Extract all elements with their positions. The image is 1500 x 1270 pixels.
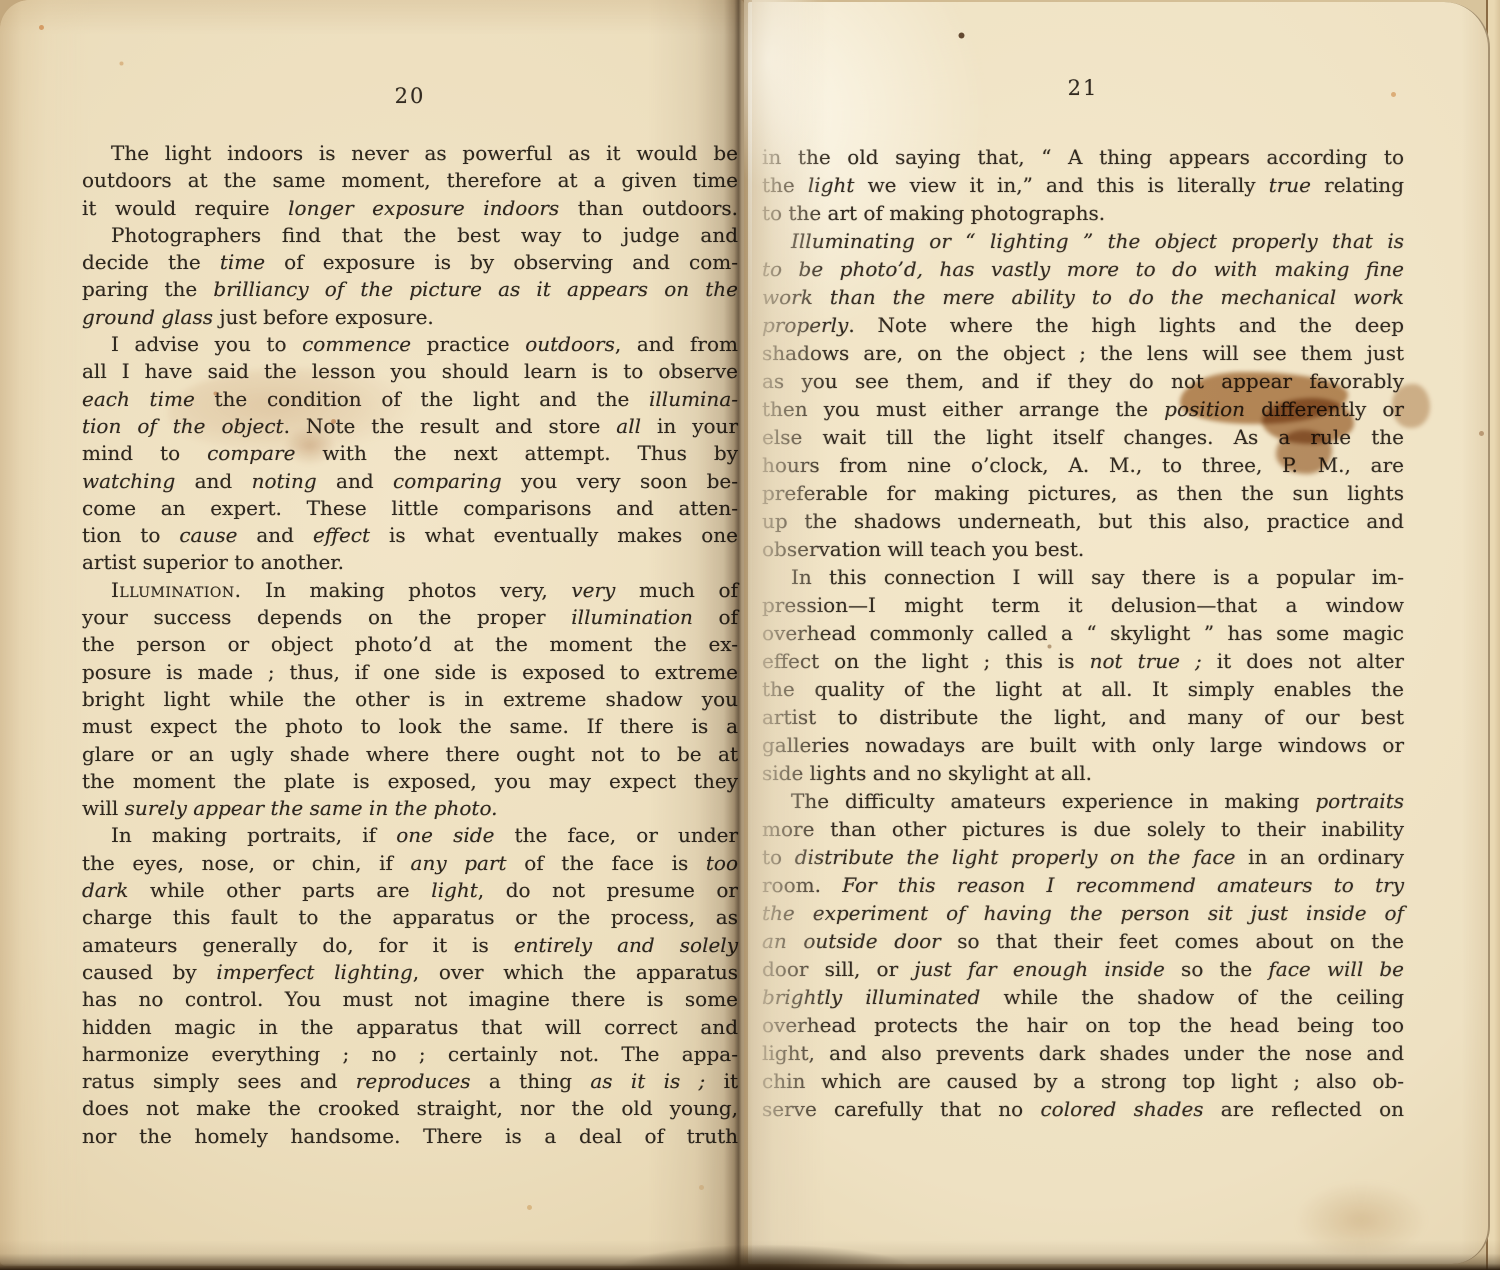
text-line: ground glass just before exposure. xyxy=(82,304,738,331)
text-line: all I have said the lesson you should le… xyxy=(82,358,738,385)
text-line: effect on the light ; this is not true ;… xyxy=(762,647,1404,675)
text-line: to be photo’d, has vastly more to do wit… xyxy=(762,255,1404,283)
text-line: artist to distribute the light, and many… xyxy=(762,703,1404,731)
text-line: paring the brilliancy of the picture as … xyxy=(82,276,738,303)
text-line: The light indoors is never as powerful a… xyxy=(82,140,738,167)
text-line: watching and noting and comparing you ve… xyxy=(82,468,738,495)
text-line: to the art of making photographs. xyxy=(762,199,1404,227)
page-number-right: 21 xyxy=(762,76,1404,100)
book-scan: 20 The light indoors is never as powerfu… xyxy=(0,0,1500,1270)
text-line: Illuminating or “ lighting ” the object … xyxy=(762,227,1404,255)
text-line: does not make the crooked straight, nor … xyxy=(82,1095,738,1122)
text-line: will surely appear the same in the photo… xyxy=(82,795,738,822)
text-line: in the old saying that, “ A thing appear… xyxy=(762,143,1404,171)
page-left: 20 The light indoors is never as powerfu… xyxy=(0,0,744,1266)
text-line: hours from nine o’clock, A. M., to three… xyxy=(762,451,1404,479)
text-line: must expect the photo to look the same. … xyxy=(82,713,738,740)
text-line: hidden magic in the apparatus that will … xyxy=(82,1014,738,1041)
text-line: Photographers find that the best way to … xyxy=(82,222,738,249)
text-line: amateurs generally do, for it is entirel… xyxy=(82,932,738,959)
text-line: decide the time of exposure is by observ… xyxy=(82,249,738,276)
text-line: each time the condition of the light and… xyxy=(82,386,738,413)
text-line: nor the homely handsome. There is a deal… xyxy=(82,1123,738,1150)
text-line: glare or an ugly shade where there ought… xyxy=(82,741,738,768)
text-line: brightly illuminated while the shadow of… xyxy=(762,983,1404,1011)
text-line: pression—I might term it delusion—that a… xyxy=(762,591,1404,619)
text-line: it would require longer exposure indoors… xyxy=(82,195,738,222)
text-line: chin which are caused by a strong top li… xyxy=(762,1067,1404,1095)
page-number-left: 20 xyxy=(82,84,738,108)
text-line: dark while other parts are light, do not… xyxy=(82,877,738,904)
text-line: door sill, or just far enough inside so … xyxy=(762,955,1404,983)
text-line: ratus simply sees and reproduces a thing… xyxy=(82,1068,738,1095)
text-line: caused by imperfect lighting, over which… xyxy=(82,959,738,986)
text-line: The difficulty amateurs experience in ma… xyxy=(762,787,1404,815)
text-line: your success depends on the proper illum… xyxy=(82,604,738,631)
text-line: then you must either arrange the positio… xyxy=(762,395,1404,423)
text-line: an outside door so that their feet comes… xyxy=(762,927,1404,955)
text-line: the experiment of having the person sit … xyxy=(762,899,1404,927)
text-line: overhead protects the hair on top the he… xyxy=(762,1011,1404,1039)
text-line: posure is made ; thus, if one side is ex… xyxy=(82,659,738,686)
text-line: In making portraits, if one side the fac… xyxy=(82,822,738,849)
text-line: the eyes, nose, or chin, if any part of … xyxy=(82,850,738,877)
text-line: overhead commonly called a “ skylight ” … xyxy=(762,619,1404,647)
text-line: properly. Note where the high lights and… xyxy=(762,311,1404,339)
text-line: Illumination. In making photos very, ver… xyxy=(82,577,738,604)
text-line: In this connection I will say there is a… xyxy=(762,563,1404,591)
text-line: the person or object photo’d at the mome… xyxy=(82,631,738,658)
text-line: up the shadows underneath, but this also… xyxy=(762,507,1404,535)
text-line: more than other pictures is due solely t… xyxy=(762,815,1404,843)
text-line: shadows are, on the object ; the lens wi… xyxy=(762,339,1404,367)
text-line: outdoors at the same moment, therefore a… xyxy=(82,167,738,194)
text-line: the light we view it in,” and this is li… xyxy=(762,171,1404,199)
text-line: mind to compare with the next attempt. T… xyxy=(82,440,738,467)
text-line: I advise you to commence practice outdoo… xyxy=(82,331,738,358)
foxing-specks xyxy=(0,0,3,3)
text-line: preferable for making pictures, as then … xyxy=(762,479,1404,507)
text-line: has no control. You must not imagine the… xyxy=(82,986,738,1013)
text-line: as you see them, and if they do not appe… xyxy=(762,367,1404,395)
text-line: observation will teach you best. xyxy=(762,535,1404,563)
text-line: bright light while the other is in extre… xyxy=(82,686,738,713)
text-line: the moment the plate is exposed, you may… xyxy=(82,768,738,795)
page-right: 21 in the old saying that, “ A thing app… xyxy=(748,2,1490,1264)
text-line: work than the mere ability to do the mec… xyxy=(762,283,1404,311)
text-line: galleries nowadays are built with only l… xyxy=(762,731,1404,759)
text-line: tion of the object. Note the result and … xyxy=(82,413,738,440)
text-line: harmonize everything ; no ; certainly no… xyxy=(82,1041,738,1068)
text-line: room. For this reason I recommend amateu… xyxy=(762,871,1404,899)
page-left-text: The light indoors is never as powerful a… xyxy=(82,140,738,1150)
text-line: the quality of the light at all. It simp… xyxy=(762,675,1404,703)
text-line: serve carefully that no colored shades a… xyxy=(762,1095,1404,1123)
text-line: to distribute the light properly on the … xyxy=(762,843,1404,871)
text-line: light, and also prevents dark shades und… xyxy=(762,1039,1404,1067)
text-line: artist superior to another. xyxy=(82,549,738,576)
page-right-text: in the old saying that, “ A thing appear… xyxy=(762,143,1404,1123)
text-line: come an expert. These little comparisons… xyxy=(82,495,738,522)
text-line: side lights and no skylight at all. xyxy=(762,759,1404,787)
text-line: charge this fault to the apparatus or th… xyxy=(82,904,738,931)
text-line: else wait till the light itself changes.… xyxy=(762,423,1404,451)
text-line: tion to cause and effect is what eventua… xyxy=(82,522,738,549)
